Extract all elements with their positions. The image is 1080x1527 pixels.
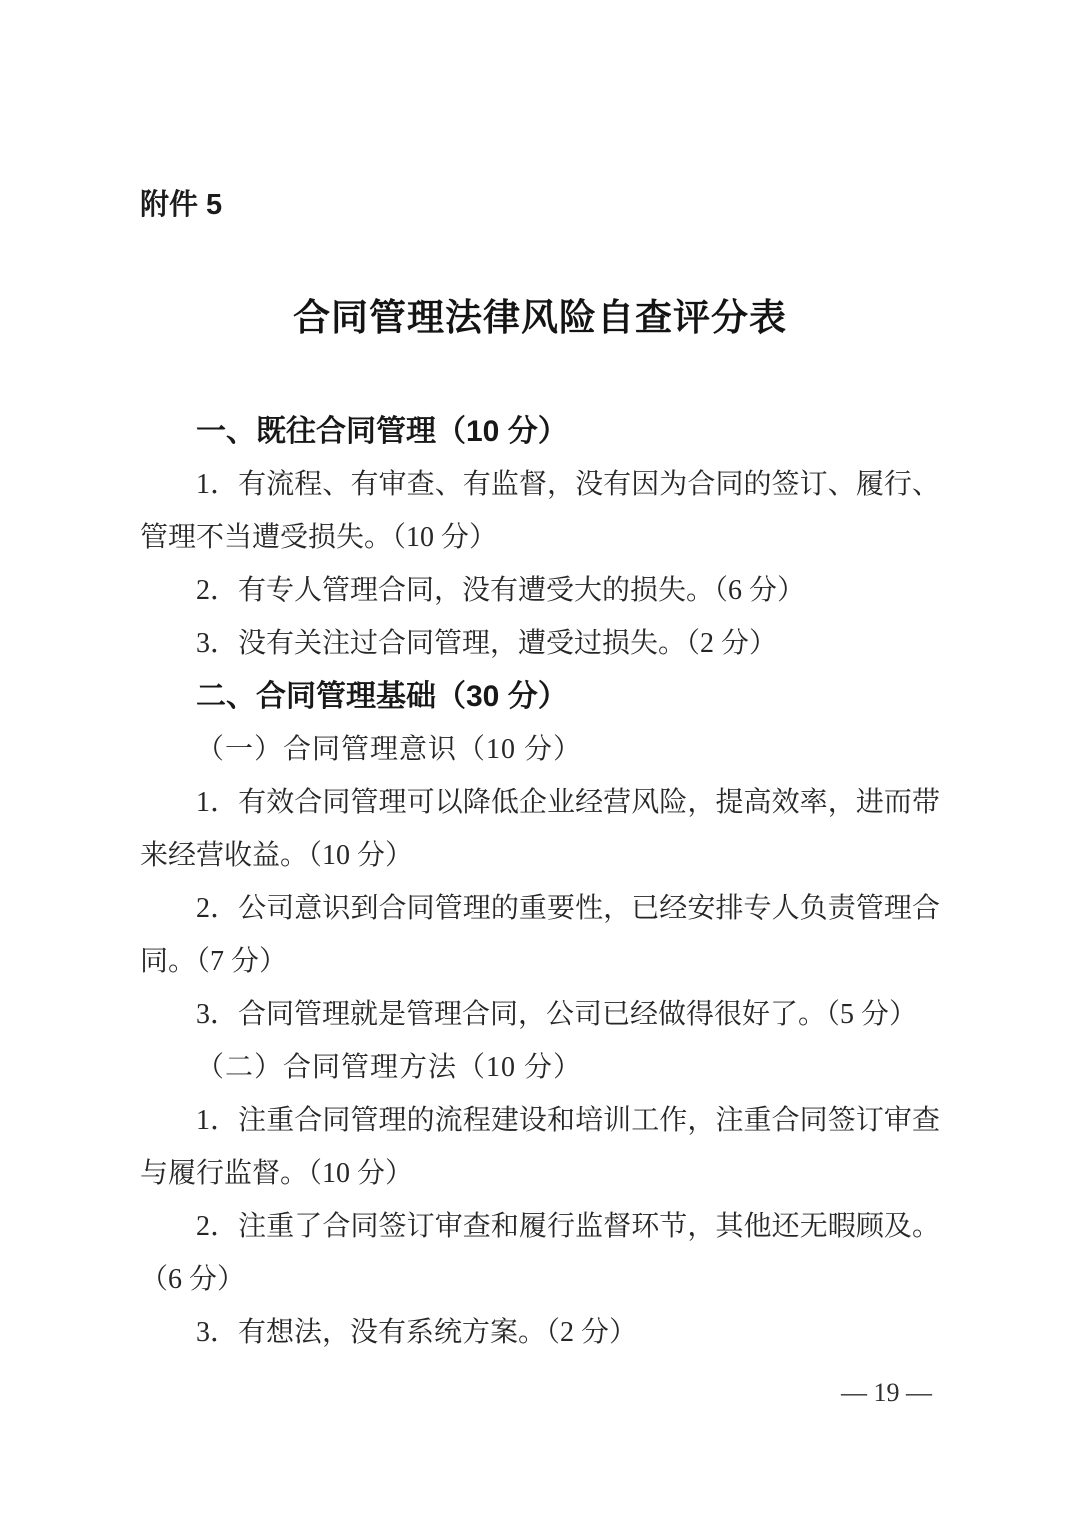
page-number: — 19 — (140, 1373, 940, 1413)
attachment-label: 附件 5 (140, 185, 940, 225)
document-page: 附件 5 合同管理法律风险自查评分表 一、既往合同管理（10 分） 1．有流程、… (0, 0, 1080, 1527)
section-heading-2: 二、合同管理基础（30 分） (140, 670, 940, 723)
list-item-paragraph: 2．公司意识到合同管理的重要性，已经安排专人负责管理合同。（7 分） (140, 882, 940, 988)
page-title: 合同管理法律风险自查评分表 (140, 291, 940, 347)
section-heading-1: 一、既往合同管理（10 分） (140, 405, 940, 458)
document-content: 附件 5 合同管理法律风险自查评分表 一、既往合同管理（10 分） 1．有流程、… (0, 0, 1080, 1413)
list-item-paragraph: 1．注重合同管理的流程建设和培训工作，注重合同签订审查与履行监督。（10 分） (140, 1094, 940, 1200)
list-item-paragraph: 1．有效合同管理可以降低企业经营风险，提高效率，进而带来经营收益。（10 分） (140, 776, 940, 882)
list-item-paragraph: 2．有专人管理合同，没有遭受大的损失。（6 分） (140, 564, 940, 617)
subsection-heading-2-1: （一）合同管理意识（10 分） (140, 723, 940, 776)
document-body: 一、既往合同管理（10 分） 1．有流程、有审查、有监督，没有因为合同的签订、履… (140, 405, 940, 1359)
list-item-paragraph: 3．有想法，没有系统方案。（2 分） (140, 1306, 940, 1359)
list-item-paragraph: 3．没有关注过合同管理，遭受过损失。（2 分） (140, 617, 940, 670)
list-item-paragraph: 1．有流程、有审查、有监督，没有因为合同的签订、履行、管理不当遭受损失。（10 … (140, 458, 940, 564)
subsection-heading-2-2: （二）合同管理方法（10 分） (140, 1041, 940, 1094)
list-item-paragraph: 3．合同管理就是管理合同，公司已经做得很好了。（5 分） (140, 988, 940, 1041)
list-item-paragraph: 2．注重了合同签订审查和履行监督环节，其他还无暇顾及。（6 分） (140, 1200, 940, 1306)
